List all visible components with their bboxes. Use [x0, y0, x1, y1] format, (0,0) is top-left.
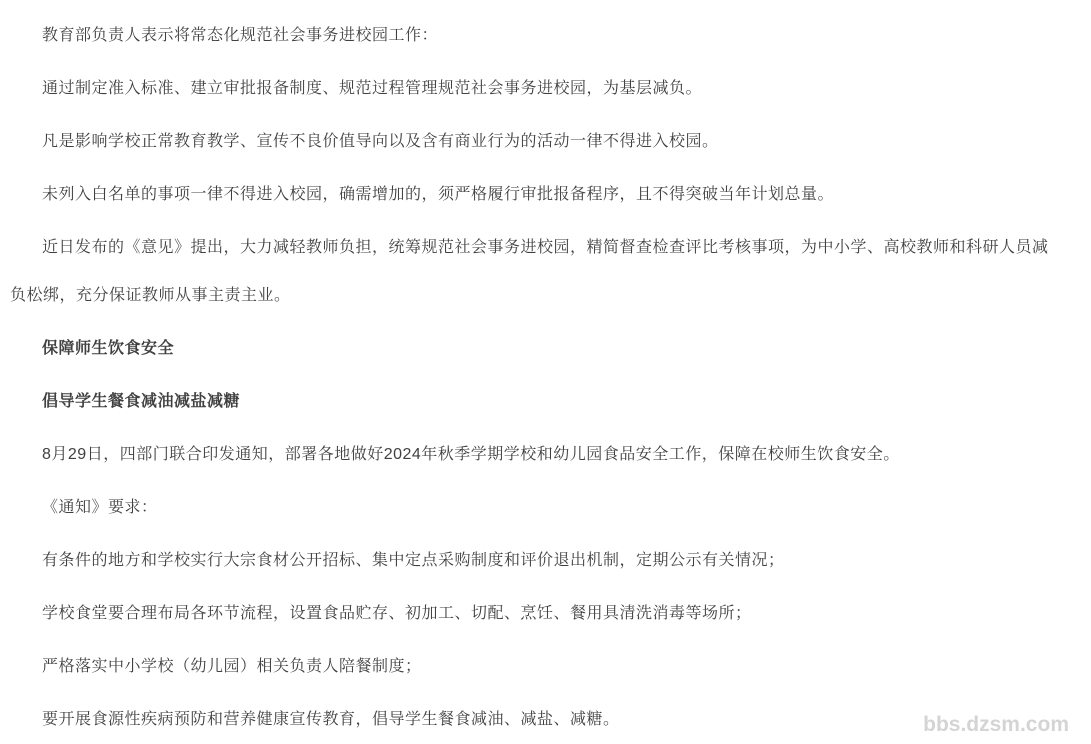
section-heading: 倡导学生餐食减油减盐减糖 [10, 378, 1051, 426]
article-body: 教育部负责人表示将常态化规范社会事务进校园工作： 通过制定准入标准、建立审批报备… [0, 0, 1091, 744]
site-watermark: bbs.dzsm.com [923, 713, 1069, 737]
paragraph: 学校食堂要合理布局各环节流程，设置食品贮存、初加工、切配、烹饪、餐用具清洗消毒等… [10, 590, 1051, 638]
section-heading: 保障师生饮食安全 [10, 325, 1051, 373]
paragraph: 要开展食源性疾病预防和营养健康宣传教育，倡导学生餐食减油、减盐、减糖。 [10, 696, 1051, 744]
paragraph: 严格落实中小学校（幼儿园）相关负责人陪餐制度； [10, 643, 1051, 691]
paragraph: 教育部负责人表示将常态化规范社会事务进校园工作： [10, 12, 1051, 60]
paragraph: 未列入白名单的事项一律不得进入校园，确需增加的，须严格履行审批报备程序，且不得突… [10, 171, 1051, 219]
paragraph: 有条件的地方和学校实行大宗食材公开招标、集中定点采购制度和评价退出机制，定期公示… [10, 537, 1051, 585]
paragraph: 凡是影响学校正常教育教学、宣传不良价值导向以及含有商业行为的活动一律不得进入校园… [10, 118, 1051, 166]
paragraph: 近日发布的《意见》提出，大力减轻教师负担，统筹规范社会事务进校园，精简督查检查评… [10, 224, 1051, 320]
paragraph: 《通知》要求： [10, 484, 1051, 532]
paragraph: 8月29日，四部门联合印发通知，部署各地做好2024年秋季学期学校和幼儿园食品安… [10, 431, 1051, 479]
paragraph: 通过制定准入标准、建立审批报备制度、规范过程管理规范社会事务进校园，为基层减负。 [10, 65, 1051, 113]
